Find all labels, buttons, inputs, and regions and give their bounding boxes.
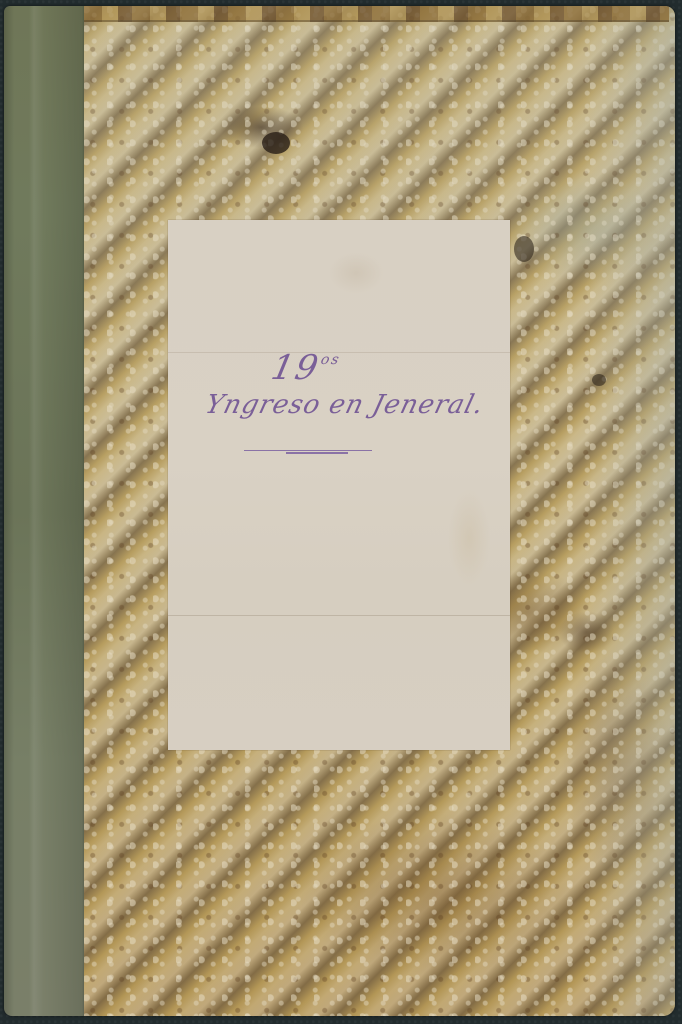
title-underline-double [286,452,348,454]
cloth-spine [4,6,86,1016]
handwritten-inscription: 19os Yngreso en Jeneral. [168,220,510,750]
stain-spot [514,236,534,262]
volume-number-text: 19 [268,348,324,388]
stain-spot [592,374,606,386]
top-edge-binding [84,6,669,22]
volume-number-suffix: os [319,352,342,368]
title-underline [244,450,372,451]
ledger-title: Yngreso en Jeneral. [202,390,487,420]
stain-spot [262,132,290,154]
paper-label: 19os Yngreso en Jeneral. [168,220,510,750]
volume-number: 19os [268,348,343,388]
